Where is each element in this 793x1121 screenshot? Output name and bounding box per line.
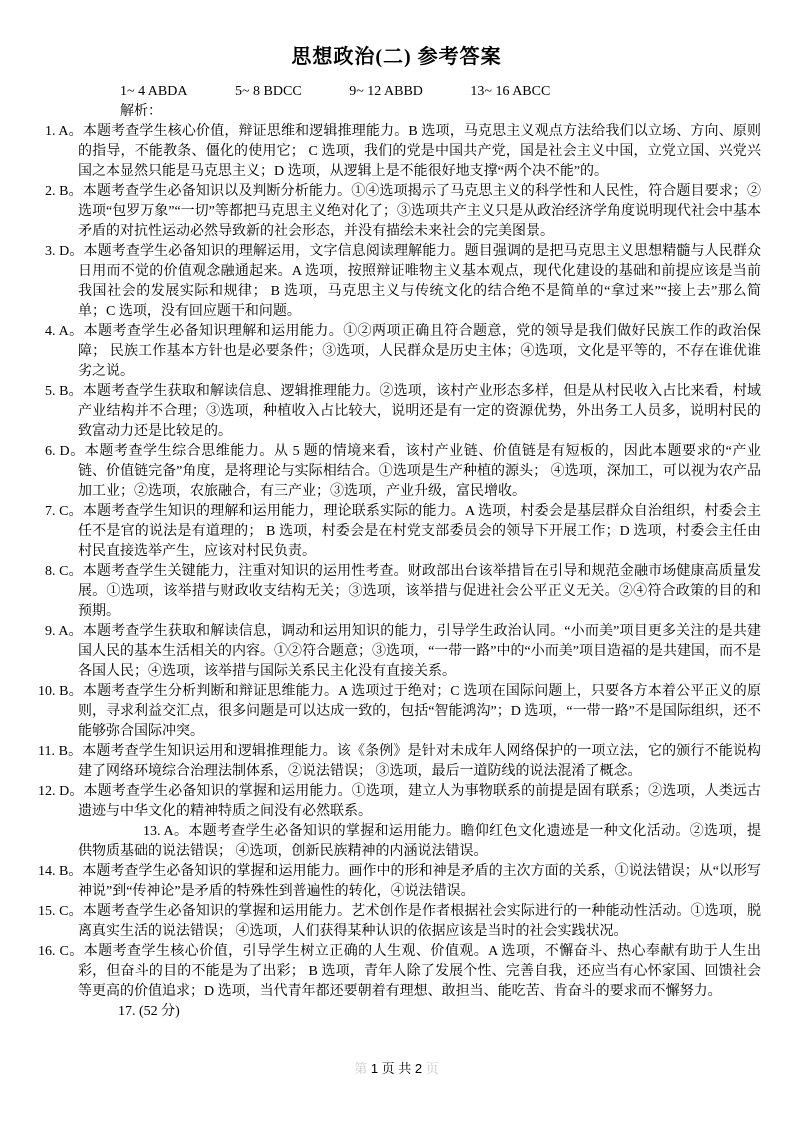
analysis-item-10: 10. B。本题考查学生分析判断和辩证思维能力。A 选项过于绝对；C 选项在国际… — [0, 682, 761, 742]
item-text: 本题考查学生核心价值，辩证思维和逻辑推理能力。B 选项，马克思主义观点方法给我们… — [78, 124, 761, 179]
item-label: 2. B。 — [45, 184, 83, 199]
item-label: 8. C。 — [45, 564, 83, 579]
analysis-item-2: 2. B。本题考查学生必备知识以及判断分析能力。①④选项揭示了马克思主义的科学性… — [0, 182, 761, 242]
analysis-item-15: 15. C。本题考查学生必备知识的掌握和运用能力。艺术创作是作者根据社会实际进行… — [0, 902, 761, 942]
item-label: 15. C。 — [38, 904, 83, 919]
page-title: 思想政治(二) 参考答案 — [0, 0, 793, 67]
item-text: 本题考查学生获取和解读信息，调动和运用知识的能力，引导学生政治认同。“小而美”项… — [78, 624, 761, 679]
item-label: 1. A。 — [45, 124, 83, 139]
answer-key-group-4: 13~ 16 ABCC — [470, 82, 550, 102]
item-text: 本题考查学生知识运用和逻辑推理能力。该《条例》是针对未成年人网络保护的一项立法，… — [78, 744, 761, 779]
analysis-item-8: 8. C。本题考查学生关键能力，注重对知识的运用性考查。财政部出台该举措旨在引导… — [0, 562, 761, 622]
item-text: 本题考查学生分析判断和辩证思维能力。A 选项过于绝对；C 选项在国际问题上，只要… — [78, 684, 761, 739]
analysis-heading: 解析： — [120, 102, 793, 122]
analysis-item-3: 3. D。本题考查学生必备知识的理解运用，文字信息阅读理解能力。题目强调的是把马… — [0, 242, 761, 322]
item-text: 本题考查学生核心价值，引导学生树立正确的人生观、价值观。A 选项，不懈奋斗、热心… — [78, 944, 761, 999]
answer-key-group-2: 5~ 8 BDCC — [235, 82, 302, 102]
item-label: 14. B。 — [38, 864, 82, 879]
analysis-item-4: 4. A。本题考查学生必备知识理解和运用能力。①②两项正确且符合题意，党的领导是… — [0, 322, 761, 382]
item-label: 13. A。 — [143, 824, 188, 839]
analysis-item-7: 7. C。本题考查学生知识的理解和运用能力，理论联系实际的能力。A 选项，村委会… — [0, 502, 761, 562]
analysis-item-14: 14. B。本题考查学生必备知识的掌握和运用能力。画作中的形和神是矛盾的主次方面… — [0, 862, 761, 902]
analysis-item-12: 12. D。本题考查学生必备知识的掌握和运用能力。①选项，建立人为事物联系的前提… — [0, 782, 761, 822]
analysis-item-1: 1. A。本题考查学生核心价值，辩证思维和逻辑推理能力。B 选项，马克思主义观点… — [0, 122, 761, 182]
item-text: 本题考查学生综合思维能力。从 5 题的情境来看，该村产业链、价值链是有短板的，因… — [78, 444, 761, 499]
item-label: 3. D。 — [45, 244, 83, 259]
analysis-item-9: 9. A。本题考查学生获取和解读信息，调动和运用知识的能力，引导学生政治认同。“… — [0, 622, 761, 682]
answer-key-group-3: 9~ 12 ABBD — [349, 82, 423, 102]
item-label: 5. B。 — [45, 384, 83, 399]
item-label: 7. C。 — [45, 504, 83, 519]
page-footer: 第 1 页 共 2 页 — [0, 1059, 793, 1079]
answer-key-row: 1~ 4 ABDA 5~ 8 BDCC 9~ 12 ABBD 13~ 16 AB… — [120, 82, 763, 102]
analysis-item-11: 11. B。本题考查学生知识运用和逻辑推理能力。该《条例》是针对未成年人网络保护… — [0, 742, 761, 782]
answer-key-group-1: 1~ 4 ABDA — [120, 82, 187, 102]
item-text: 本题考查学生获取和解读信息、逻辑推理能力。②选项，该村产业形态多样，但是从村民收… — [78, 384, 761, 439]
item-text: 本题考查学生必备知识以及判断分析能力。①④选项揭示了马克思主义的科学性和人民性，… — [78, 184, 761, 239]
footer-page-number: 1 页 共 2 — [371, 1061, 422, 1076]
item-text: 本题考查学生关键能力，注重对知识的运用性考查。财政部出台该举措旨在引导和规范金融… — [78, 564, 761, 619]
analysis-items: 1. A。本题考查学生核心价值，辩证思维和逻辑推理能力。B 选项，马克思主义观点… — [0, 122, 761, 1022]
footer-faint-left: 第 — [354, 1061, 367, 1076]
item-text: 本题考查学生必备知识的掌握和运用能力。画作中的形和神是矛盾的主次方面的关系，①说… — [78, 864, 761, 899]
item-label: 16. C。 — [38, 944, 84, 959]
item-text: 本题考查学生必备知识理解和运用能力。①②两项正确且符合题意，党的领导是我们做好民… — [78, 324, 761, 379]
footer-faint-right: 页 — [426, 1061, 439, 1076]
item-label: 9. A。 — [45, 624, 83, 639]
answer-sheet-page: 思想政治(二) 参考答案 1~ 4 ABDA 5~ 8 BDCC 9~ 12 A… — [0, 0, 793, 1121]
item-text: 本题考查学生必备知识的理解运用，文字信息阅读理解能力。题目强调的是把马克思主义思… — [78, 244, 761, 319]
item-text: 本题考查学生必备知识的掌握和运用能力。①选项，建立人为事物联系的前提是固有联系；… — [78, 784, 761, 819]
item-text: 本题考查学生知识的理解和运用能力，理论联系实际的能力。A 选项，村委会是基层群众… — [78, 504, 761, 559]
item-label: 10. B。 — [38, 684, 83, 699]
item-text: 本题考查学生必备知识的掌握和运用能力。艺术创作是作者根据社会实际进行的一种能动性… — [78, 904, 761, 939]
analysis-item-6: 6. D。本题考查学生综合思维能力。从 5 题的情境来看，该村产业链、价值链是有… — [0, 442, 761, 502]
item-label: 11. B。 — [38, 744, 82, 759]
analysis-item-16: 16. C。本题考查学生核心价值，引导学生树立正确的人生观、价值观。A 选项，不… — [0, 942, 761, 1002]
item-label: 12. D。 — [38, 784, 83, 799]
analysis-item-5: 5. B。本题考查学生获取和解读信息、逻辑推理能力。②选项，该村产业形态多样，但… — [0, 382, 761, 442]
item-label: 4. A。 — [45, 324, 84, 339]
next-section-label: 17. (52 分) — [118, 1002, 761, 1022]
item-label: 6. D。 — [45, 444, 85, 459]
analysis-item-13: 13. A。本题考查学生必备知识的掌握和运用能力。瞻仰红色文化遗迹是一种文化活动… — [0, 822, 761, 862]
